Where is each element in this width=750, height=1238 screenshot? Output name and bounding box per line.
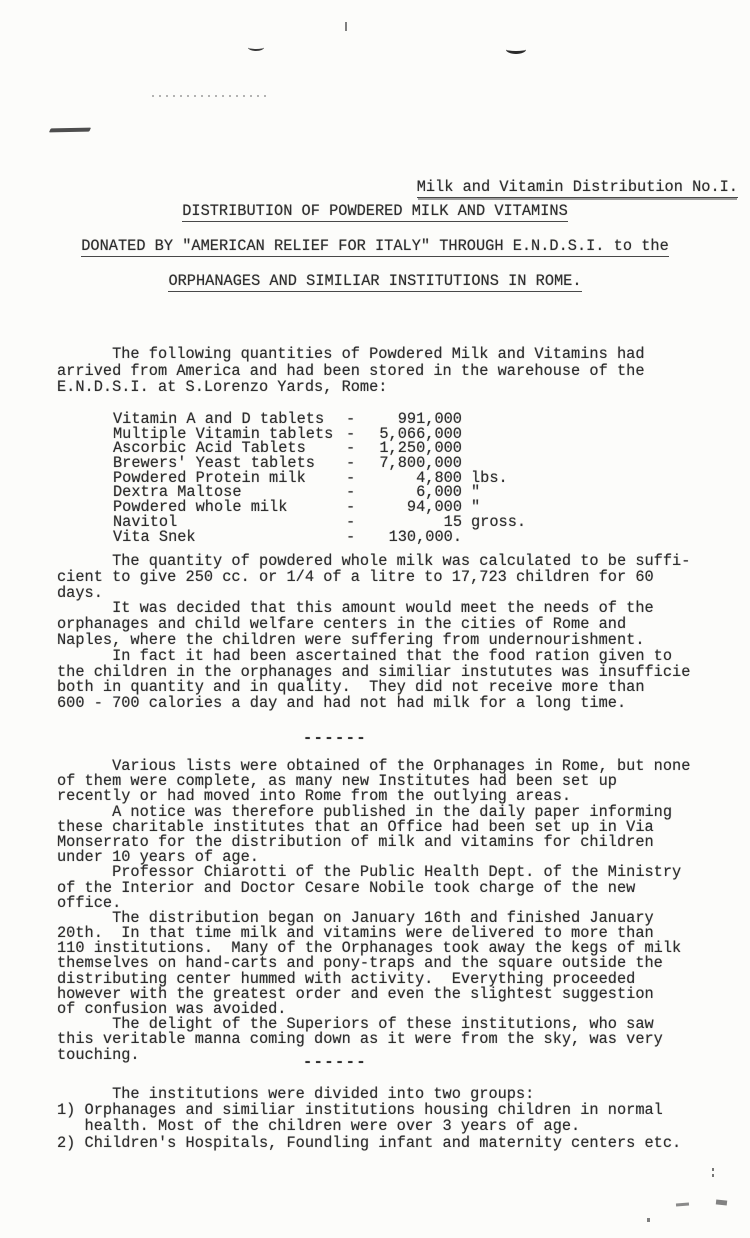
text-line: arrived from America and had been stored… [57,363,645,380]
title-line: DONATED BY "AMERICAN RELIEF FOR ITALY" T… [0,238,750,257]
scan-artifact [152,95,268,97]
supplies-list: Vitamin A and D tablets - 991,000 Multip… [113,412,526,544]
scan-artifact [49,128,91,133]
section-divider: ------ [303,729,367,747]
supply-unit [462,427,526,442]
text-line: health. Most of the children were over 3… [57,1118,681,1134]
document-title: DISTRIBUTION OF POWDERED MILK AND VITAMI… [0,203,750,308]
text-line: 600 - 700 calories a day and had not had… [57,696,690,712]
supply-quantity: 130,000. [362,530,462,545]
groups-numbered-list: The institutions were divided into two g… [57,1086,681,1151]
supply-row: Vita Snek - 130,000. [113,530,526,545]
scan-artifact [716,1199,727,1205]
doc-reference-text: Milk and Vitamin Distribution No.I. [417,178,738,198]
text-line: The following quantities of Powdered Mil… [57,346,645,363]
scan-artifact [506,45,526,54]
paragraph-distribution: Various lists were obtained of the Orpha… [57,759,690,1063]
paragraph-quantity: The quantity of powdered whole milk was … [57,554,690,712]
text-line: E.N.D.S.I. at S.Lorenzo Yards, Rome: [57,379,645,396]
supply-separator: - [346,530,362,545]
intro-paragraph: The following quantities of Powdered Mil… [57,346,645,396]
text-line: 1) Orphanages and similiar institutions … [57,1102,681,1118]
title-line: DISTRIBUTION OF POWDERED MILK AND VITAMI… [0,203,750,222]
text-line: cient to give 250 cc. or 1/4 of a litre … [57,570,690,586]
scan-artifact [647,1218,650,1222]
text-line: The institutions were divided into two g… [57,1086,681,1102]
scan-artifact [712,1168,714,1171]
title-line: ORPHANAGES AND SIMILIAR INSTITUTIONS IN … [0,273,750,292]
supply-unit [462,530,526,545]
supply-unit: gross. [462,515,526,530]
supply-unit [462,412,526,427]
section-divider: ------ [303,1053,367,1071]
scan-artifact [345,22,347,31]
document-page: Milk and Vitamin Distribution No.I. DIST… [0,0,750,1238]
text-line: of the Interior and Doctor Cesare Nobile… [57,881,690,896]
text-line: touching. [57,1048,690,1063]
text-line: this veritable manna coming down as it w… [57,1032,690,1047]
text-line: 2) Children's Hospitals, Foundling infan… [57,1135,681,1151]
scan-artifact [248,44,264,51]
supply-unit [462,441,526,456]
scan-artifact [676,1203,689,1207]
supply-item: Vita Snek [113,530,346,545]
